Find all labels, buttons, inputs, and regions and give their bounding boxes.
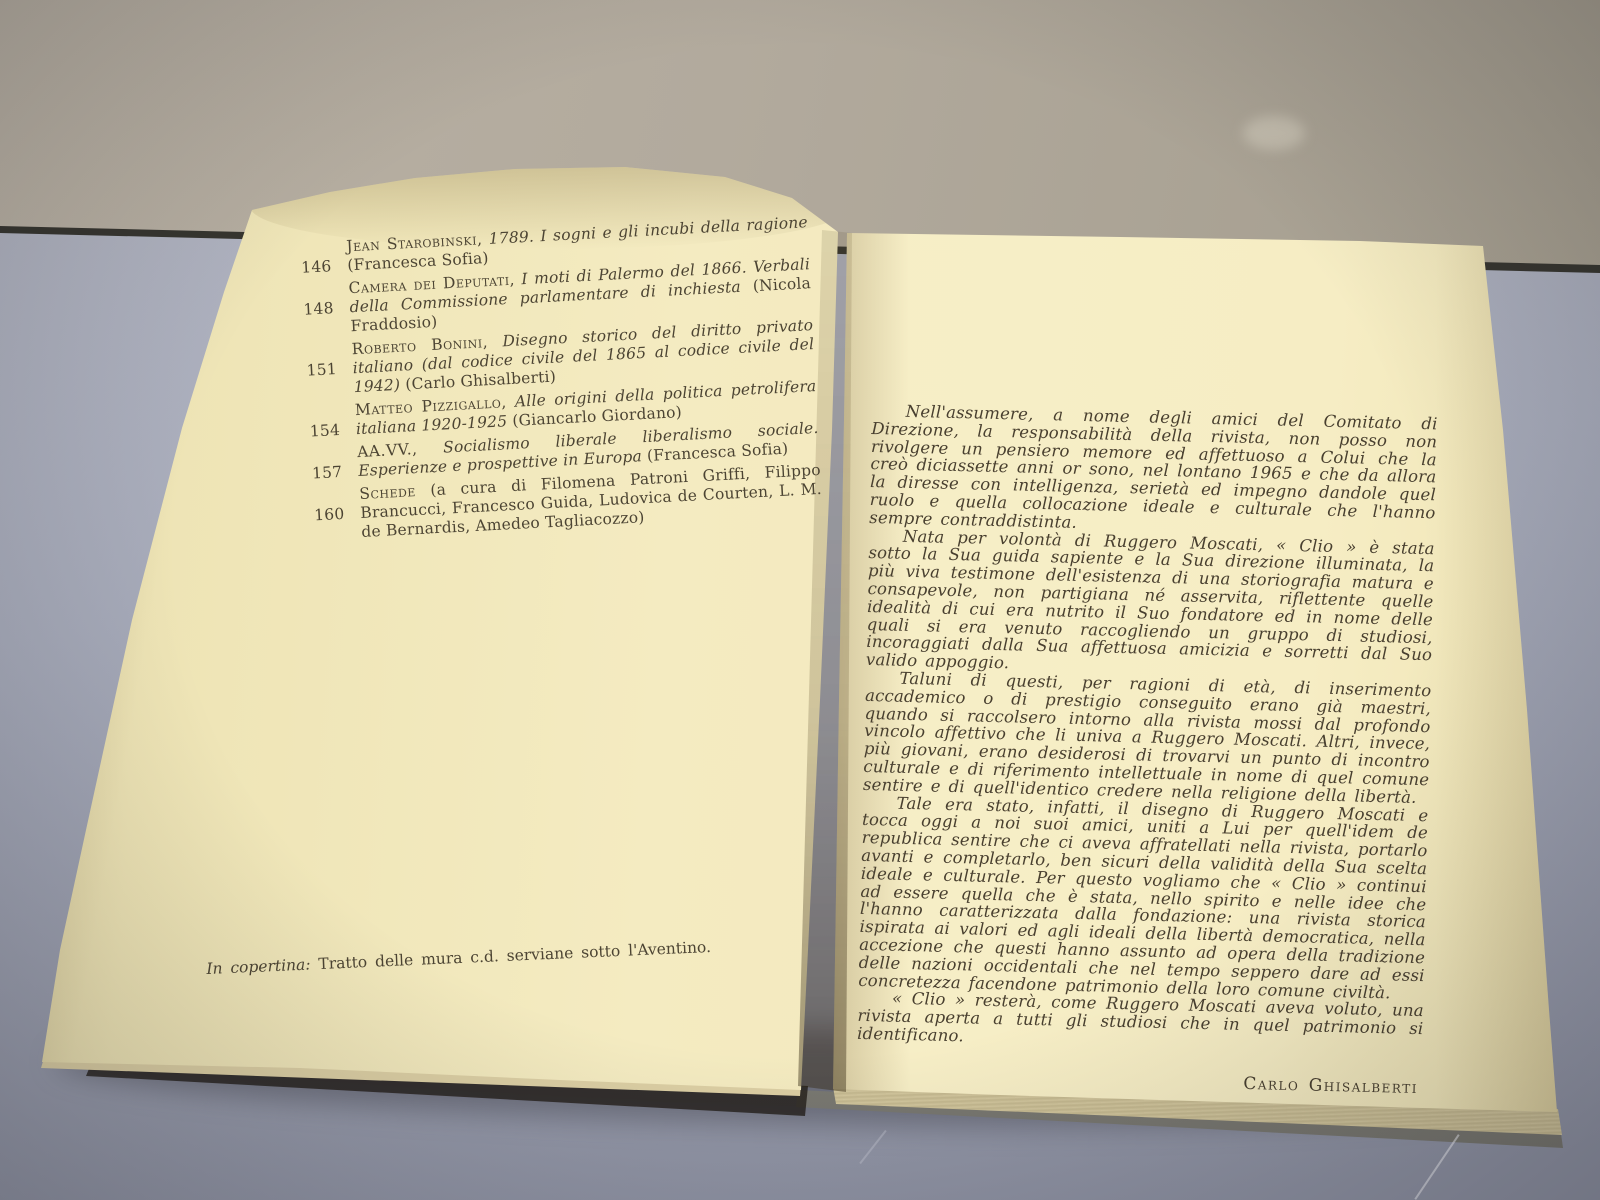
toc-author: Schede (359, 482, 416, 503)
toc-page-number: 157 (307, 444, 343, 484)
wall-stain (1243, 116, 1305, 150)
toc-page-number: 154 (305, 402, 341, 442)
editorial-paragraph: Nata per volontà di Ruggero Moscati, « C… (866, 527, 1435, 683)
toc-page-number: 151 (301, 341, 338, 400)
toc-page-number: 160 (309, 486, 346, 545)
toc-page-number: 148 (298, 280, 335, 339)
editorial-text: Nell'assumere, a nome degli amici del Co… (856, 402, 1438, 1098)
toc-author: AA.VV., (357, 440, 418, 461)
editorial-paragraph: « Clio » resterà, come Ruggero Moscati a… (857, 989, 1424, 1056)
editorial-paragraph: Tale era stato, infatti, il disegno di R… (858, 793, 1428, 1002)
editorial-paragraph: Nell'assumere, a nome degli amici del Co… (869, 402, 1438, 540)
editorial-paragraph: Taluni di questi, per ragioni di età, di… (863, 669, 1432, 807)
table-of-contents: 146 Jean Starobinski, 1789. I sogni e gl… (296, 213, 823, 548)
book-photo: 146 Jean Starobinski, 1789. I sogni e gl… (0, 0, 1600, 1200)
toc-page-number: 146 (296, 238, 332, 278)
